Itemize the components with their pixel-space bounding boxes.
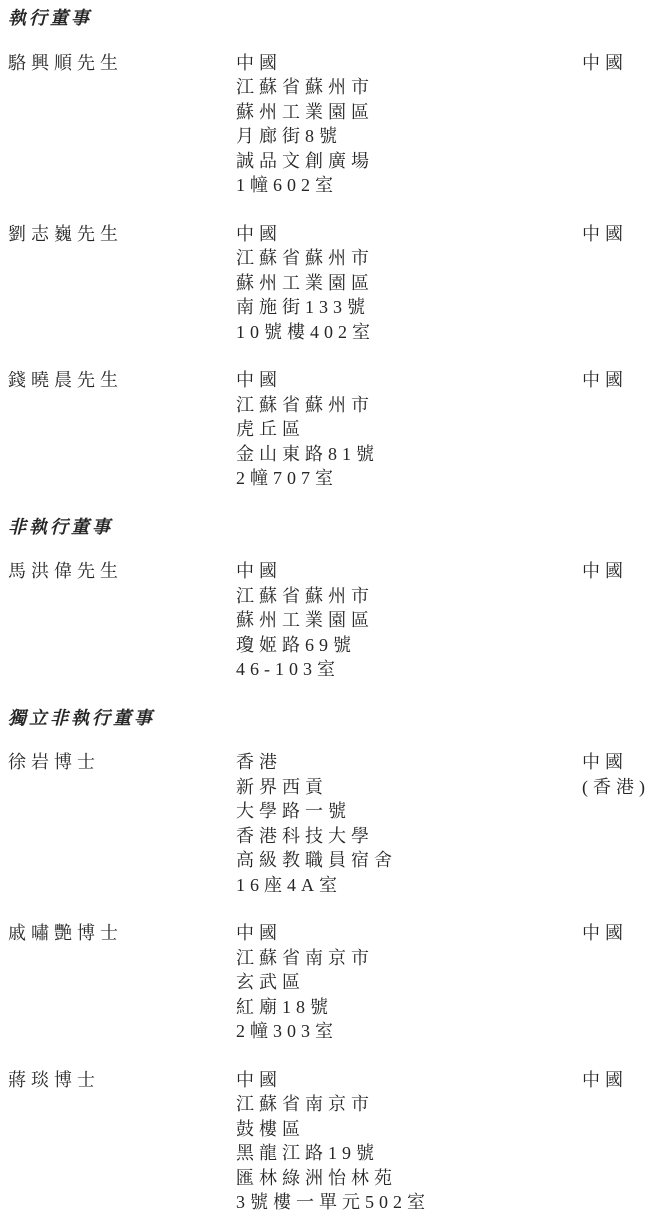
address-line: 江蘇省蘇州市	[236, 246, 582, 271]
address-line: 匯林綠洲怡林苑	[236, 1166, 582, 1191]
address-line: 中國	[236, 921, 582, 946]
director-name: 駱興順先生	[8, 51, 236, 76]
address-line: 中國	[236, 559, 582, 584]
address-cell: 中國江蘇省蘇州市虎丘區金山東路81號2幢707室	[236, 368, 582, 491]
address-line: 1幢602室	[236, 173, 582, 198]
section-heading: 執行董事	[8, 6, 652, 31]
address-cell: 中國江蘇省南京市鼓樓區黑龍江路19號匯林綠洲怡林苑3號樓一單元502室	[236, 1068, 582, 1215]
address-line: 大學路一號	[236, 799, 582, 824]
director-row: 劉志巍先生 中國江蘇省蘇州市蘇州工業園區南施街133號10號樓402室 中國	[8, 222, 652, 345]
nationality-cell: 中國	[582, 222, 652, 247]
address-line: 南施街133號	[236, 295, 582, 320]
address-line: 16座4A室	[236, 873, 582, 898]
nationality-cell: 中國	[582, 368, 652, 393]
director-section: 非執行董事 馬洪偉先生 中國江蘇省蘇州市蘇州工業園區瓊姬路69號46-103室 …	[8, 515, 652, 682]
nationality-line: 中國	[582, 51, 652, 76]
director-name: 戚嘯艷博士	[8, 921, 236, 946]
address-line: 高級教職員宿舍	[236, 848, 582, 873]
director-row: 徐岩博士 香港新界西貢大學路一號香港科技大學高級教職員宿舍16座4A室 中國(香…	[8, 750, 652, 897]
nationality-line: 中國	[582, 368, 652, 393]
address-line: 10號樓402室	[236, 320, 582, 345]
address-line: 玄武區	[236, 970, 582, 995]
address-cell: 中國江蘇省蘇州市蘇州工業園區南施街133號10號樓402室	[236, 222, 582, 345]
nationality-line: 中國	[582, 222, 652, 247]
director-row: 駱興順先生 中國江蘇省蘇州市蘇州工業園區月廊街8號誠品文創廣場1幢602室 中國	[8, 51, 652, 198]
address-line: 中國	[236, 368, 582, 393]
director-row: 戚嘯艷博士 中國江蘇省南京市玄武區紅廟18號2幢303室 中國	[8, 921, 652, 1044]
address-cell: 中國江蘇省蘇州市蘇州工業園區瓊姬路69號46-103室	[236, 559, 582, 682]
nationality-cell: 中國(香港)	[582, 750, 652, 799]
nationality-line: 中國	[582, 1068, 652, 1093]
director-section: 獨立非執行董事 徐岩博士 香港新界西貢大學路一號香港科技大學高級教職員宿舍16座…	[8, 706, 652, 1215]
nationality-cell: 中國	[582, 559, 652, 584]
nationality-cell: 中國	[582, 921, 652, 946]
address-line: 黑龍江路19號	[236, 1141, 582, 1166]
address-line: 蘇州工業園區	[236, 271, 582, 296]
director-row: 錢曉晨先生 中國江蘇省蘇州市虎丘區金山東路81號2幢707室 中國	[8, 368, 652, 491]
nationality-cell: 中國	[582, 51, 652, 76]
nationality-line: 中國	[582, 559, 652, 584]
address-line: 蘇州工業園區	[236, 100, 582, 125]
address-cell: 中國江蘇省南京市玄武區紅廟18號2幢303室	[236, 921, 582, 1044]
address-line: 中國	[236, 51, 582, 76]
address-line: 3號樓一單元502室	[236, 1190, 582, 1215]
address-line: 香港	[236, 750, 582, 775]
director-name: 蔣琰博士	[8, 1068, 236, 1093]
director-name: 馬洪偉先生	[8, 559, 236, 584]
directors-list: 執行董事 駱興順先生 中國江蘇省蘇州市蘇州工業園區月廊街8號誠品文創廣場1幢60…	[8, 6, 652, 1215]
address-line: 香港科技大學	[236, 824, 582, 849]
address-line: 江蘇省南京市	[236, 946, 582, 971]
section-heading: 非執行董事	[8, 515, 652, 540]
director-row: 蔣琰博士 中國江蘇省南京市鼓樓區黑龍江路19號匯林綠洲怡林苑3號樓一單元502室…	[8, 1068, 652, 1215]
nationality-line: 中國	[582, 921, 652, 946]
director-name: 劉志巍先生	[8, 222, 236, 247]
nationality-line: 中國	[582, 750, 652, 775]
address-line: 鼓樓區	[236, 1117, 582, 1142]
address-cell: 中國江蘇省蘇州市蘇州工業園區月廊街8號誠品文創廣場1幢602室	[236, 51, 582, 198]
nationality-line: (香港)	[582, 775, 652, 800]
address-line: 瓊姬路69號	[236, 633, 582, 658]
address-line: 江蘇省南京市	[236, 1092, 582, 1117]
address-line: 月廊街8號	[236, 124, 582, 149]
director-row: 馬洪偉先生 中國江蘇省蘇州市蘇州工業園區瓊姬路69號46-103室 中國	[8, 559, 652, 682]
address-line: 虎丘區	[236, 417, 582, 442]
director-name: 徐岩博士	[8, 750, 236, 775]
section-heading: 獨立非執行董事	[8, 706, 652, 731]
address-line: 中國	[236, 1068, 582, 1093]
address-line: 2幢707室	[236, 466, 582, 491]
address-line: 2幢303室	[236, 1019, 582, 1044]
address-line: 江蘇省蘇州市	[236, 584, 582, 609]
address-line: 江蘇省蘇州市	[236, 75, 582, 100]
address-line: 中國	[236, 222, 582, 247]
address-line: 金山東路81號	[236, 442, 582, 467]
director-name: 錢曉晨先生	[8, 368, 236, 393]
address-line: 紅廟18號	[236, 995, 582, 1020]
nationality-cell: 中國	[582, 1068, 652, 1093]
address-line: 46-103室	[236, 657, 582, 682]
address-line: 新界西貢	[236, 775, 582, 800]
address-line: 誠品文創廣場	[236, 149, 582, 174]
director-section: 執行董事 駱興順先生 中國江蘇省蘇州市蘇州工業園區月廊街8號誠品文創廣場1幢60…	[8, 6, 652, 491]
address-line: 蘇州工業園區	[236, 608, 582, 633]
address-cell: 香港新界西貢大學路一號香港科技大學高級教職員宿舍16座4A室	[236, 750, 582, 897]
address-line: 江蘇省蘇州市	[236, 393, 582, 418]
